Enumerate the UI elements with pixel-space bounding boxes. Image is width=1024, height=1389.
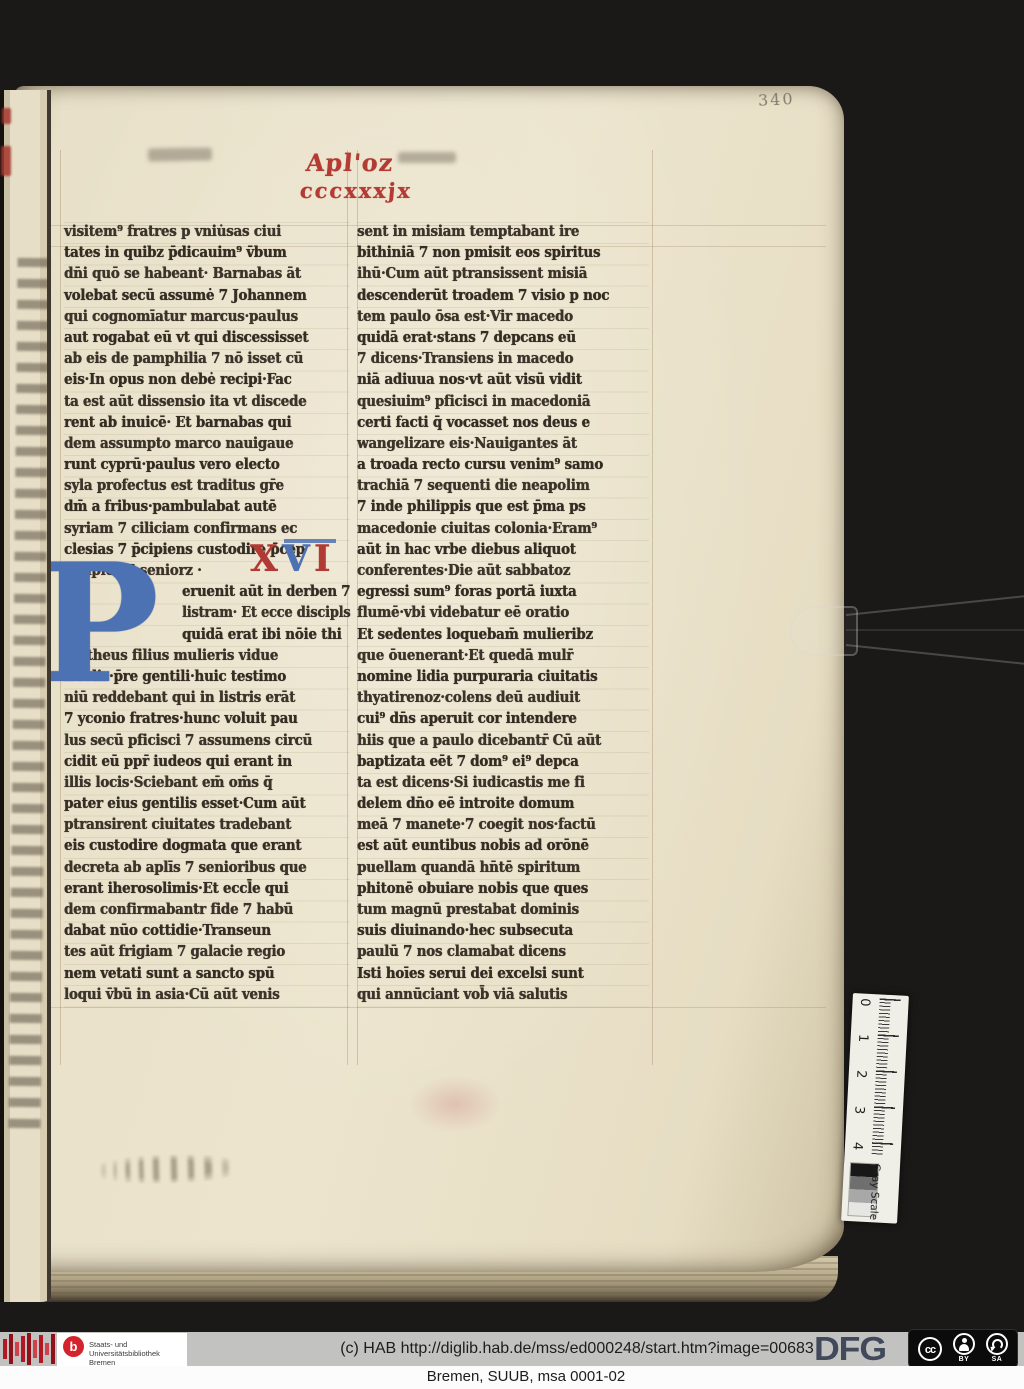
manuscript-line: hiis que a paulo dicebantr̄ Cū aūt xyxy=(357,729,649,753)
leaf-edge-red-rubric-mark xyxy=(2,108,11,124)
by-label: BY xyxy=(959,1356,970,1364)
person-body xyxy=(959,1344,969,1351)
mirrored-stamp-ghost xyxy=(92,1152,245,1186)
ruler-number: 1 xyxy=(855,1034,871,1049)
person-head xyxy=(962,1338,967,1343)
manuscript-line: rent ab inuicē· Et barnabas qui xyxy=(64,411,350,435)
manuscript-line: macedonie ciuitas colonia·Eram⁹ xyxy=(357,517,649,541)
leaf-edge-text-showthrough xyxy=(8,258,49,1138)
footer: b Staats- undUniversitätsbibliothekBreme… xyxy=(0,1332,1024,1389)
manuscript-line: aūt in hac vrbe diebus aliquot xyxy=(357,538,649,562)
manuscript-line: puellam quandā hn̄tē spiritum xyxy=(357,856,649,880)
ghost-running-title xyxy=(148,147,212,161)
ruling-line-vertical xyxy=(652,150,653,1065)
chapter-letter: I xyxy=(314,538,335,580)
previous-leaf-edge xyxy=(0,90,56,1302)
manuscript-line: decreta ab aplīs 7 senioribus que xyxy=(64,856,350,880)
ghost-running-title xyxy=(398,152,456,163)
manuscript-line: niā adiuua nos·vt aūt visū vidit xyxy=(357,369,649,393)
manuscript-line: loqui v̄bū in asia·Cū aūt venis xyxy=(64,983,350,1007)
manuscript-line: tem paulo ōsa est·Vir macedo xyxy=(357,305,649,329)
shelfmark-line: Bremen, SUUB, msa 0001-02 xyxy=(0,1366,1024,1389)
manuscript-line: dm̄ a fribus·pambulabat autē xyxy=(64,496,350,520)
chapter-letter: X xyxy=(250,538,282,580)
manuscript-line: 7 inde philippis que est p̄ma ps xyxy=(357,496,649,520)
manuscript-line: ihū·Cum aūt ptransissent misiā xyxy=(357,263,649,287)
running-title-numeral: cccxxxjx xyxy=(299,178,413,203)
manuscript-line: ta est aūt dissensio ita vt discede xyxy=(64,390,350,414)
sa-label: SA xyxy=(992,1356,1003,1364)
running-title-rubric: Apl'oz xyxy=(305,148,395,177)
manuscript-line: tes aūt frigiam 7 galacie regio xyxy=(64,941,350,965)
manuscript-line: lus secū pficisci 7 assumens circū xyxy=(64,729,350,753)
ruler-number: 3 xyxy=(851,1106,867,1121)
dfg-logo: DFG xyxy=(814,1330,886,1368)
manuscript-line: dn̄i quō se habeant· Barnabas āt xyxy=(64,263,350,287)
grayscale-label: Gray Scale xyxy=(867,1163,882,1220)
manuscript-line: paulū 7 nos clamabat dicens xyxy=(357,941,649,965)
text-column-right: sent in misiam temptabant irebithiniā 7 … xyxy=(357,222,649,1010)
page-holder-strip xyxy=(788,580,1024,672)
manuscript-line: descenderūt troadem 7 visio p noc xyxy=(357,284,649,308)
manuscript-line: eis custodire dogmata que erant xyxy=(64,835,350,859)
manuscript-line: Isti hoīes serui dei excelsi sunt xyxy=(357,962,649,986)
manuscript-line: certi facti q̄ vocasset nos deus e xyxy=(357,411,649,435)
manuscript-line: erant iherosolimis·Et eccl̄e qui xyxy=(64,877,350,901)
manuscript-line: nem vetati sunt a sancto spū xyxy=(64,962,350,986)
manuscript-line: qui annūciant vob̄ viā salutis xyxy=(357,983,649,1007)
holder-edge-line xyxy=(846,629,1024,631)
chapter-letter: V xyxy=(282,538,314,580)
manuscript-line: quidā erat ibi nōie thi xyxy=(182,623,350,647)
holder-edge-line xyxy=(846,644,1024,665)
manuscript-line: Et sedentes loquebam̄ mulieribz xyxy=(357,623,649,647)
chapter-blue-bar xyxy=(284,539,336,543)
footer-bar: b Staats- undUniversitätsbibliothekBreme… xyxy=(0,1332,1024,1366)
ruler-numbers: 01234 xyxy=(853,993,909,996)
folio-number-pencil: 340 xyxy=(758,89,795,110)
manuscript-line: qui cognomīatur marcus·paulus xyxy=(64,305,350,329)
manuscript-line: flumē·vbi videbatur eē oratio xyxy=(357,602,649,626)
share-alike-arrow-icon xyxy=(986,1333,1008,1355)
cc-icon: cc xyxy=(918,1337,942,1361)
chapter-numeral-xvi: XVI xyxy=(250,538,335,582)
leaf-edge-red-rubric-mark xyxy=(1,146,11,176)
cc-sa-group: SA xyxy=(986,1333,1008,1364)
manuscript-line: est aūt euntibus nobis ad orōnē xyxy=(357,835,649,859)
digitized-manuscript-photo: Apl'oz cccxxxjx 340 visitem⁹ fratres p v… xyxy=(0,0,1024,1389)
person-icon xyxy=(953,1333,975,1355)
manuscript-page: Apl'oz cccxxxjx 340 visitem⁹ fratres p v… xyxy=(14,86,844,1272)
holder-edge-line xyxy=(846,595,1024,616)
manuscript-line: eis·In opus non debė recipi·Fac xyxy=(64,369,350,393)
sa-arrowhead xyxy=(989,1344,996,1351)
ruler-major-ticks xyxy=(871,998,900,1157)
manuscript-line: cidit eū ppr̄ iudeos qui erant in xyxy=(64,750,350,774)
manuscript-line: baptizata eēt 7 dom⁹ ei⁹ depca xyxy=(357,750,649,774)
ruler-number: 4 xyxy=(849,1142,865,1157)
grayscale-ruler: 01234 Gray Scale xyxy=(841,993,909,1224)
manuscript-line: listram· Et ecce discipls xyxy=(182,602,344,626)
ruler-number: 2 xyxy=(853,1070,869,1085)
manuscript-line: cui⁹ dn̄s aperuit cor intendere xyxy=(357,708,649,732)
red-ink-offset-stain xyxy=(409,1076,501,1132)
manuscript-line: quesiuim⁹ pficisci in macedoniā xyxy=(357,390,649,414)
ruler-number: 0 xyxy=(857,998,873,1013)
cc-license-panel: cc BY SA xyxy=(908,1329,1018,1368)
manuscript-line: que ōuenerant·Et quedā mulr̄ xyxy=(357,644,649,668)
manuscript-line: volebat secū assumė 7 Johannem xyxy=(64,284,350,308)
cc-by-group: BY xyxy=(953,1333,975,1364)
manuscript-line: phitonē obuiare nobis que ques xyxy=(357,877,649,901)
